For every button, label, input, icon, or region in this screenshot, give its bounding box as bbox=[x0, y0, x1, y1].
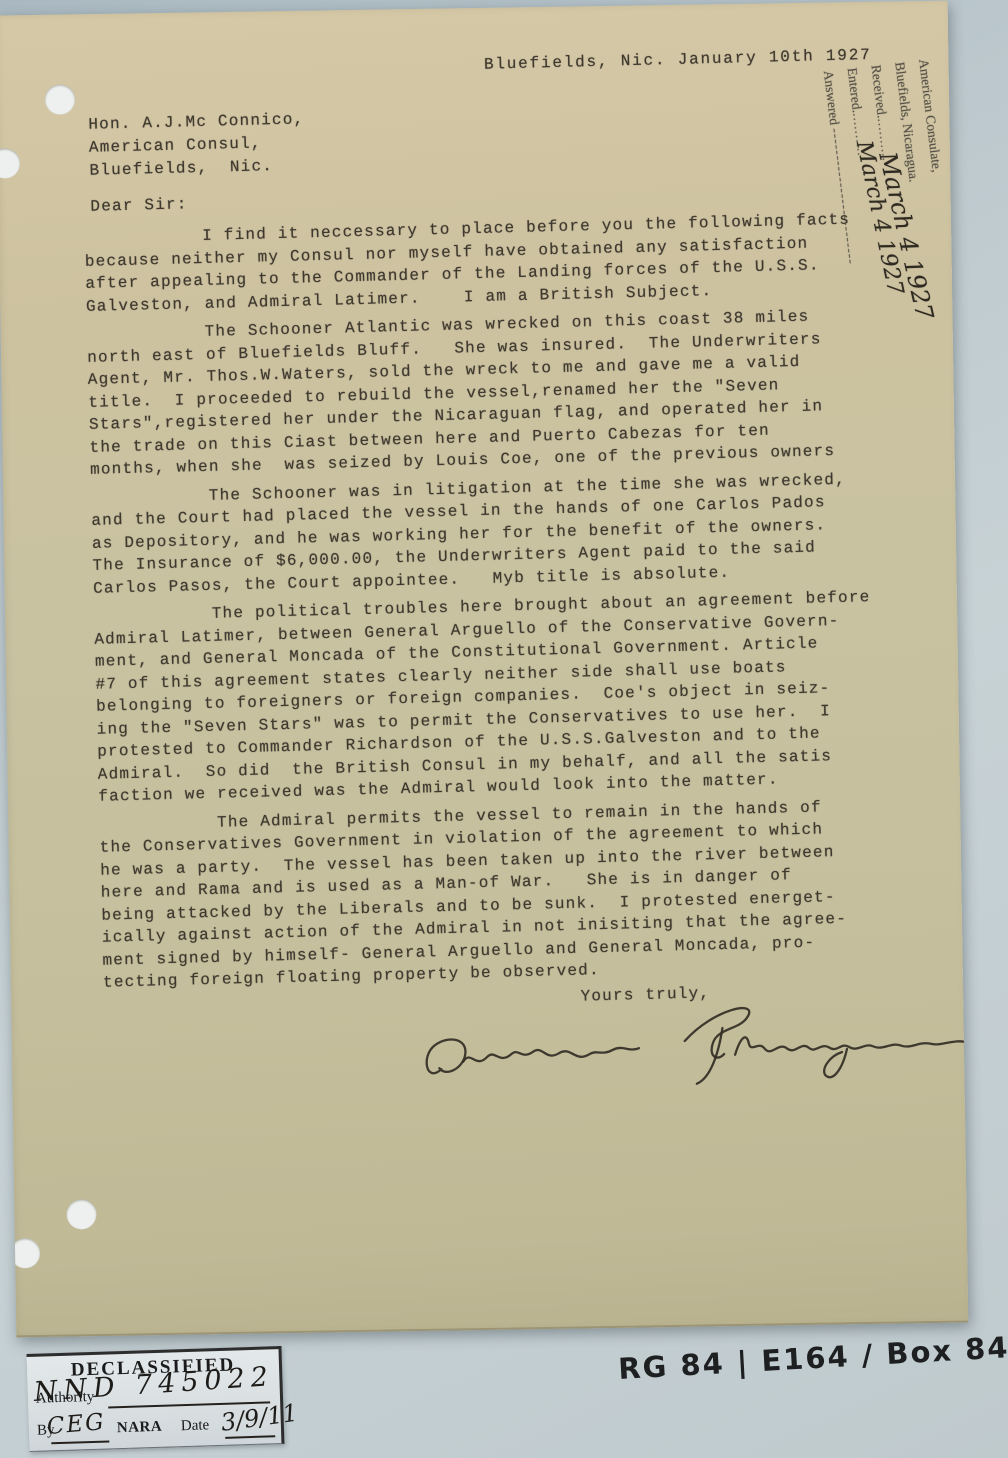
by-rule-line bbox=[51, 1440, 109, 1444]
letter-page: Bluefields, Nic. January 10th 1927 Hon. … bbox=[0, 1, 968, 1338]
date-rule-line bbox=[225, 1435, 275, 1439]
paragraph-5: The Admiral permits the vessel to remain… bbox=[99, 794, 913, 994]
stamp-answered-label: Answered bbox=[821, 70, 843, 129]
paragraph-4: The political troubles here brought abou… bbox=[94, 585, 909, 808]
stamp-entered-label: Entered. bbox=[845, 67, 865, 114]
declassified-stamp: DECLASSIFIED Authority NND 745022 By CEG… bbox=[27, 1346, 285, 1452]
nara-label: NARA bbox=[117, 1419, 163, 1437]
handwritten-by-initials: CEG bbox=[46, 1409, 107, 1440]
recipient-address: Hon. A.J.Mc Connico, American Consul, Bl… bbox=[88, 108, 306, 182]
salutation: Dear Sir: bbox=[90, 195, 188, 215]
letter-paragraphs: I find it neccessary to place before you… bbox=[84, 207, 913, 1000]
paragraph-3: The Schooner was in litigation at the ti… bbox=[91, 467, 904, 600]
paragraph-1: I find it neccessary to place before you… bbox=[84, 207, 896, 317]
paragraph-2: The Schooner Atlantic was wrecked on thi… bbox=[86, 303, 900, 481]
photo-backdrop: Bluefields, Nic. January 10th 1927 Hon. … bbox=[0, 0, 1008, 1458]
stamp-received-label: Received. bbox=[868, 64, 889, 119]
signature-handwriting: Oswald Thompson bbox=[416, 992, 969, 1106]
date-label: Date bbox=[181, 1417, 210, 1435]
declassified-by-row: By CEG NARA Date 3/9/11 bbox=[28, 1407, 281, 1447]
consulate-received-stamp: American Consulate, Bluefields, Nicaragu… bbox=[786, 58, 965, 324]
dateline: Bluefields, Nic. January 10th 1927 bbox=[484, 46, 872, 74]
archive-reference-note: RG 84 | E164 / Box 84 bbox=[617, 1332, 978, 1386]
